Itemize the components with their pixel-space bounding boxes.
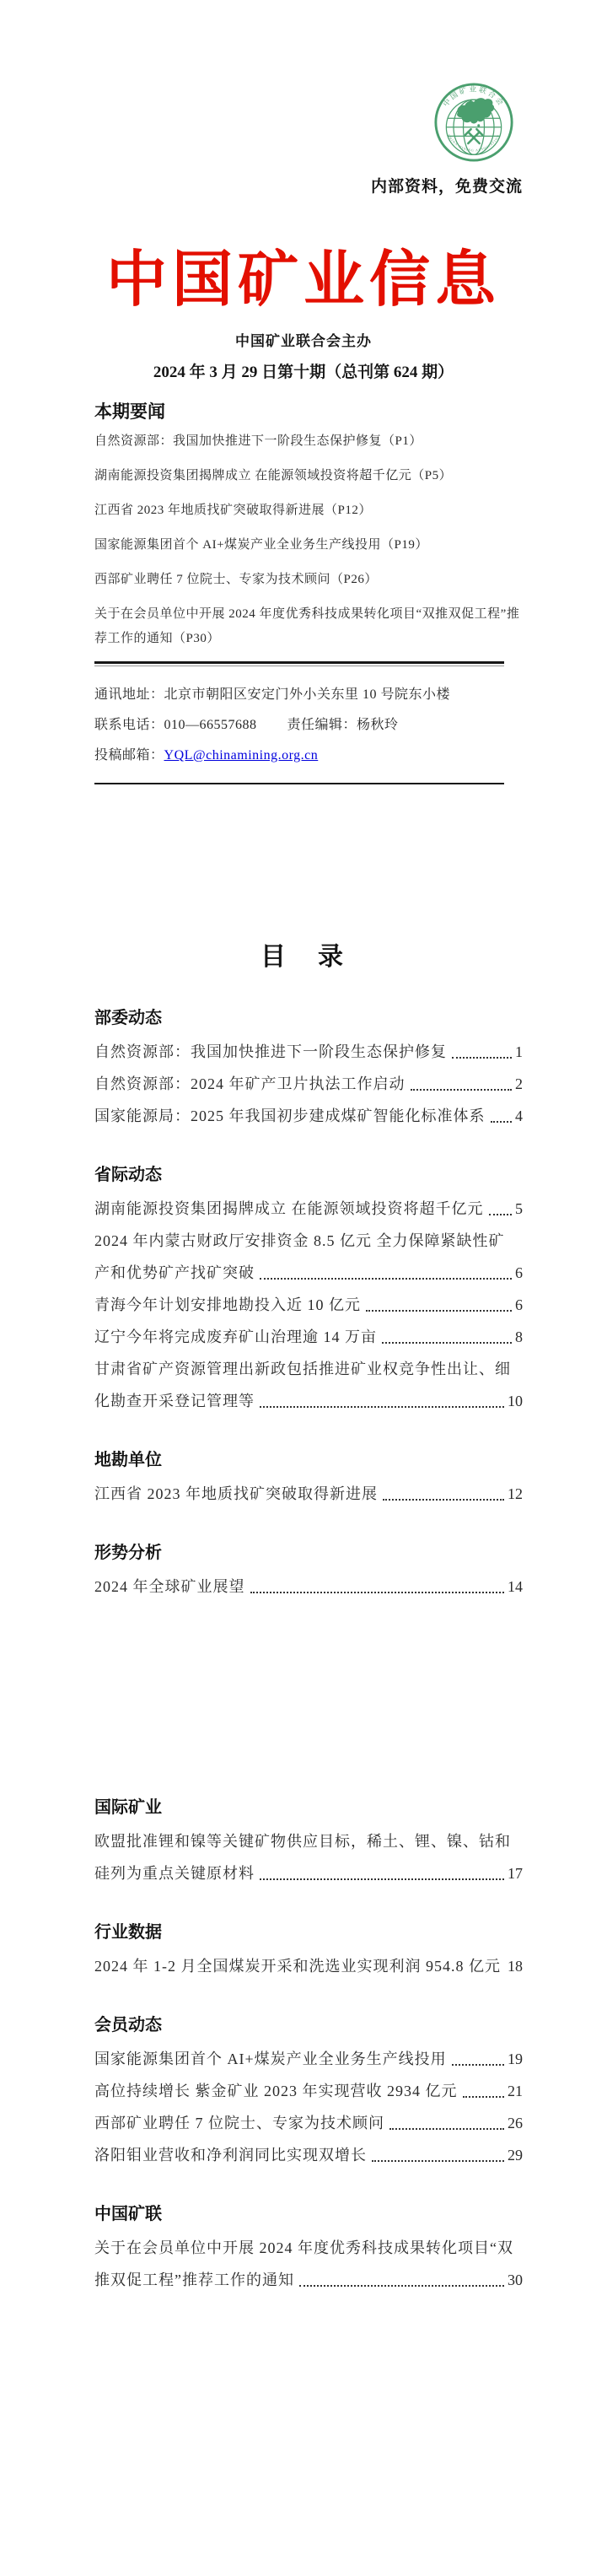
toc-entry: 湖南能源投资集团揭牌成立 在能源领域投资将超千亿元5 <box>94 1193 523 1225</box>
email-label: 投稿邮箱： <box>94 748 164 763</box>
toc-entry-text: 推双促工程”推荐工作的通知 <box>94 2264 294 2296</box>
toc-entry-text: 高位持续增长 紫金矿业 2023 年实现营收 2934 亿元 <box>94 2075 458 2107</box>
association-logo: 中国矿业联合会 CHINA MINING ASSOCIATION <box>433 80 514 164</box>
toc-page-number: 5 <box>515 1193 523 1225</box>
toc-entry: 国家能源局：2025 年我国初步建成煤矿智能化标准体系4 <box>94 1100 523 1132</box>
toc-entry-text: 2024 年内蒙古财政厅安排资金 8.5 亿元 全力保障紧缺性矿 <box>94 1225 505 1257</box>
toc-entry-text: 甘肃省矿产资源管理出新政包括推进矿业权竞争性出让、细 <box>94 1353 511 1385</box>
toc-entry-text: 自然资源部：2024 年矿产卫片执法工作启动 <box>94 1068 406 1100</box>
submission-email-link[interactable]: YQL@chinamining.org.cn <box>164 748 319 763</box>
toc-page-number: 30 <box>508 2264 523 2296</box>
toc-page-number: 6 <box>515 1289 523 1321</box>
toc-entry: 2024 年 1-2 月全国煤炭开采和洗选业实现利润 954.8 亿元18 <box>94 1950 523 1982</box>
toc-entry-text: 江西省 2023 年地质找矿突破取得新进展 <box>94 1478 378 1510</box>
toc-section-geological-units: 地勘单位 江西省 2023 年地质找矿突破取得新进展12 <box>94 1447 523 1510</box>
toc-dot-leader <box>260 1406 504 1408</box>
address-value: 北京市朝阳区安定门外小关东里 10 号院东小楼 <box>164 687 451 702</box>
toc-entry-text: 西部矿业聘任 7 位院士、专家为技术顾问 <box>94 2107 384 2139</box>
toc-page-number: 17 <box>508 1857 523 1889</box>
toc-section-heading: 国际矿业 <box>94 1795 523 1820</box>
toc-section-heading: 部委动态 <box>94 1005 523 1031</box>
highlights-heading: 本期要闻 <box>94 399 523 424</box>
phone-label: 联系电话： <box>94 718 164 732</box>
toc-entry-text: 洛阳钼业营收和净利润同比实现双增长 <box>94 2139 367 2171</box>
newsletter-cover-page: 中国矿业联合会 CHINA MINING ASSOCIATION 内部资料，免费… <box>0 0 607 2576</box>
address-label: 通讯地址： <box>94 687 164 702</box>
divider-rule-bottom <box>94 783 504 784</box>
editor-value: 杨秋玲 <box>357 718 399 732</box>
toc-page-number: 14 <box>508 1571 523 1603</box>
toc-dot-leader <box>382 1342 512 1344</box>
toc-page-number: 2 <box>515 1068 523 1100</box>
toc-dot-leader <box>250 1592 505 1593</box>
toc-entry: 关于在会员单位中开展 2024 年度优秀科技成果转化项目“双 <box>94 2232 523 2264</box>
hainan-island-dot <box>477 124 480 127</box>
highlight-item: 关于在会员单位中开展 2024 年度优秀科技成果转化项目“双推双促工程”推荐工作… <box>94 602 523 651</box>
toc-section-provinces: 省际动态 湖南能源投资集团揭牌成立 在能源领域投资将超千亿元5 2024 年内蒙… <box>94 1162 523 1417</box>
toc-entry-text: 2024 年 1-2 月全国煤炭开采和洗选业实现利润 954.8 亿元 <box>94 1950 501 1982</box>
toc-entry: 甘肃省矿产资源管理出新政包括推进矿业权竞争性出让、细 <box>94 1353 523 1385</box>
toc-entry: 西部矿业聘任 7 位院士、专家为技术顾问26 <box>94 2107 523 2139</box>
toc-entry: 国家能源集团首个 AI+煤炭产业全业务生产线投用19 <box>94 2043 523 2075</box>
toc-entry-text: 欧盟批准锂和镍等关键矿物供应目标，稀土、锂、镍、钴和 <box>94 1825 511 1857</box>
toc-entry-text: 国家能源局：2025 年我国初步建成煤矿智能化标准体系 <box>94 1100 486 1132</box>
toc-entry: 江西省 2023 年地质找矿突破取得新进展12 <box>94 1478 523 1510</box>
toc-section-heading: 形势分析 <box>94 1540 523 1566</box>
toc-dot-leader <box>389 2128 504 2130</box>
toc-page-number: 29 <box>508 2139 523 2171</box>
toc-entry: 洛阳钼业营收和净利润同比实现双增长29 <box>94 2139 523 2171</box>
toc-section-heading: 中国矿联 <box>94 2201 523 2227</box>
toc-dot-leader <box>372 2160 504 2162</box>
toc-entry: 2024 年内蒙古财政厅安排资金 8.5 亿元 全力保障紧缺性矿 <box>94 1225 523 1257</box>
internal-material-slogan: 内部资料，免费交流 <box>0 176 607 198</box>
toc-entry: 2024 年全球矿业展望14 <box>94 1571 523 1603</box>
highlight-item: 湖南能源投资集团揭牌成立 在能源领域投资将超千亿元（P5） <box>94 464 523 488</box>
toc-dot-leader <box>489 1214 513 1215</box>
toc-page-number: 10 <box>508 1385 523 1417</box>
toc-page-number: 12 <box>508 1478 523 1510</box>
toc-entry-text: 硅列为重点关键原材料 <box>94 1857 255 1889</box>
toc-page-number: 18 <box>508 1950 523 1982</box>
toc-dot-leader <box>383 1499 504 1501</box>
toc-entry: 辽宁今年将完成废弃矿山治理逾 14 万亩8 <box>94 1321 523 1353</box>
newsletter-title: 中国矿业信息 <box>0 242 607 318</box>
toc-section-industry-data: 行业数据 2024 年 1-2 月全国煤炭开采和洗选业实现利润 954.8 亿元… <box>94 1920 523 1982</box>
highlights-list: 自然资源部：我国加快推进下一阶段生态保护修复（P1） 湖南能源投资集团揭牌成立 … <box>94 429 523 651</box>
toc-title: 目 录 <box>0 940 607 975</box>
contact-email-line: 投稿邮箱：YQL@chinamining.org.cn <box>94 741 523 771</box>
toc-dot-leader <box>411 1089 513 1091</box>
toc-entry-text: 自然资源部：我国加快推进下一阶段生态保护修复 <box>94 1036 447 1068</box>
table-of-contents: 部委动态 自然资源部：我国加快推进下一阶段生态保护修复1 自然资源部：2024 … <box>0 1005 607 2296</box>
toc-entry: 青海今年计划安排地勘投入近 10 亿元6 <box>94 1289 523 1321</box>
highlight-item: 自然资源部：我国加快推进下一阶段生态保护修复（P1） <box>94 429 523 454</box>
toc-section-heading: 省际动态 <box>94 1162 523 1188</box>
issue-date-line: 2024 年 3 月 29 日第十期（总刊第 624 期） <box>0 362 607 384</box>
divider-rule-top <box>94 661 504 666</box>
toc-page-number: 1 <box>515 1036 523 1068</box>
contact-block: 通讯地址：北京市朝阳区安定门外小关东里 10 号院东小楼 联系电话：010—66… <box>94 680 523 771</box>
toc-page-number: 4 <box>515 1100 523 1132</box>
editor-label: 责任编辑： <box>287 718 357 732</box>
toc-entry-text: 辽宁今年将完成废弃矿山治理逾 14 万亩 <box>94 1321 377 1353</box>
toc-dot-leader <box>299 2285 504 2287</box>
highlight-item: 江西省 2023 年地质找矿突破取得新进展（P12） <box>94 498 523 523</box>
toc-entry-text: 2024 年全球矿业展望 <box>94 1571 245 1603</box>
toc-entry-text: 青海今年计划安排地勘投入近 10 亿元 <box>94 1289 361 1321</box>
publisher-line: 中国矿业联合会主办 <box>0 331 607 352</box>
toc-entry: 欧盟批准锂和镍等关键矿物供应目标，稀土、锂、镍、钴和 <box>94 1825 523 1857</box>
toc-page-number: 19 <box>508 2043 523 2075</box>
toc-entry: 化勘查开采登记管理等10 <box>94 1385 523 1417</box>
toc-dot-leader <box>491 1121 513 1123</box>
toc-entry: 高位持续增长 紫金矿业 2023 年实现营收 2934 亿元21 <box>94 2075 523 2107</box>
toc-section-international-mining: 国际矿业 欧盟批准锂和镍等关键矿物供应目标，稀土、锂、镍、钴和 硅列为重点关键原… <box>94 1795 523 1889</box>
toc-dot-leader <box>452 1057 512 1059</box>
toc-page-number: 26 <box>508 2107 523 2139</box>
toc-entry-text: 关于在会员单位中开展 2024 年度优秀科技成果转化项目“双 <box>94 2232 513 2264</box>
highlight-item: 国家能源集团首个 AI+煤炭产业全业务生产线投用（P19） <box>94 533 523 558</box>
toc-entry: 自然资源部：2024 年矿产卫片执法工作启动2 <box>94 1068 523 1100</box>
logo-row: 中国矿业联合会 CHINA MINING ASSOCIATION <box>0 0 607 164</box>
toc-dot-leader <box>260 1278 512 1280</box>
toc-section-china-mining-association: 中国矿联 关于在会员单位中开展 2024 年度优秀科技成果转化项目“双 推双促工… <box>94 2201 523 2296</box>
toc-section-ministries: 部委动态 自然资源部：我国加快推进下一阶段生态保护修复1 自然资源部：2024 … <box>94 1005 523 1132</box>
toc-dot-leader <box>260 1878 504 1880</box>
toc-page-number: 21 <box>508 2075 523 2107</box>
toc-section-heading: 地勘单位 <box>94 1447 523 1473</box>
toc-dot-leader <box>452 2064 504 2066</box>
highlight-item: 西部矿业聘任 7 位院士、专家为技术顾问（P26） <box>94 568 523 592</box>
toc-entry-text: 湖南能源投资集团揭牌成立 在能源领域投资将超千亿元 <box>94 1193 484 1225</box>
toc-entry: 自然资源部：我国加快推进下一阶段生态保护修复1 <box>94 1036 523 1068</box>
toc-section-situation-analysis: 形势分析 2024 年全球矿业展望14 <box>94 1540 523 1603</box>
toc-page-number: 6 <box>515 1257 523 1289</box>
toc-entry: 产和优势矿产找矿突破6 <box>94 1257 523 1289</box>
toc-entry: 推双促工程”推荐工作的通知30 <box>94 2264 523 2296</box>
toc-dot-leader <box>366 1310 512 1312</box>
contact-address-line: 通讯地址：北京市朝阳区安定门外小关东里 10 号院东小楼 <box>94 680 523 710</box>
toc-entry-text: 产和优势矿产找矿突破 <box>94 1257 255 1289</box>
toc-section-heading: 行业数据 <box>94 1920 523 1945</box>
toc-entry-text: 化勘查开采登记管理等 <box>94 1385 255 1417</box>
toc-entry: 硅列为重点关键原材料17 <box>94 1857 523 1889</box>
toc-dot-leader <box>463 2096 505 2098</box>
phone-value: 010—66557688 <box>164 718 257 732</box>
contact-phone-line: 联系电话：010—66557688责任编辑：杨秋玲 <box>94 710 523 741</box>
toc-section-heading: 会员动态 <box>94 2013 523 2038</box>
toc-page-number: 8 <box>515 1321 523 1353</box>
toc-entry-text: 国家能源集团首个 AI+煤炭产业全业务生产线投用 <box>94 2043 447 2075</box>
toc-section-member-news: 会员动态 国家能源集团首个 AI+煤炭产业全业务生产线投用19 高位持续增长 紫… <box>94 2013 523 2171</box>
